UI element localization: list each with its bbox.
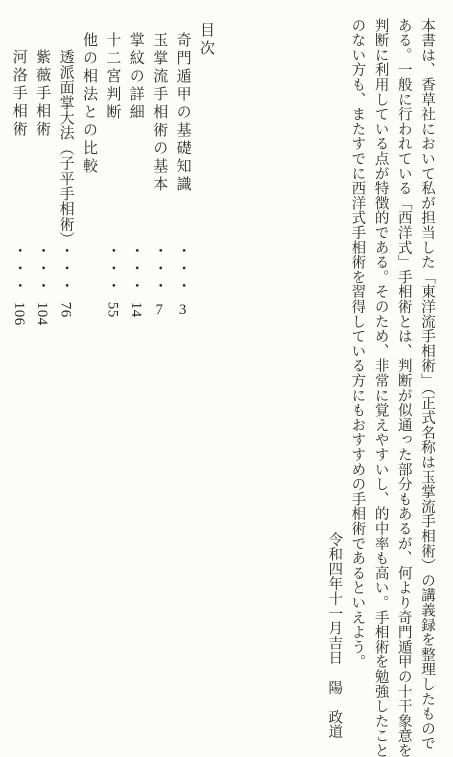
toc-leader: ・・・ 106 — [6, 243, 29, 326]
book-page: 本書は、香草社において私が担当した「東洋流手相術」（正式名称は玉掌流手相術）の講… — [0, 0, 453, 757]
toc-item-title: 他の相法との比較 — [81, 32, 97, 176]
signature-line: 令和四年十一月吉日 陽 政道 — [322, 18, 345, 757]
toc-item-title: 奇門遁甲の基礎知識 — [175, 32, 191, 194]
toc-page-number: 3 — [175, 302, 191, 319]
toc-item-title: 紫薇手相術 — [34, 49, 50, 139]
toc-item: 河洛手相術 ・・・ 106 — [6, 22, 29, 752]
toc-page-number: 76 — [58, 302, 74, 318]
toc-leader: ・・・ 3 — [170, 243, 193, 318]
toc-page-number: 106 — [11, 302, 27, 326]
toc-item-title: 玉掌流手相術の基本 — [151, 32, 167, 194]
toc-item-title: 掌紋の詳細 — [128, 32, 144, 122]
toc-page-number: 7 — [151, 302, 167, 319]
preface-line-3: 判断に利用している点が特徴的である。そのため、非常に覚えやすいし、的中率も高い。… — [368, 18, 391, 757]
toc-page-number: 55 — [104, 302, 120, 318]
toc-leader-dots: ・・・ — [11, 243, 27, 296]
preface-text: 本書は、香草社において私が担当した「東洋流手相術」（正式名称は玉掌流手相術）の講… — [322, 18, 438, 757]
toc-leader: ・・・ 7 — [147, 243, 170, 318]
toc-item: 玉掌流手相術の基本 ・・・ 7 — [147, 22, 170, 752]
toc-item: 掌紋の詳細 ・・・ 14 — [123, 22, 146, 752]
toc-leader-dots: ・・・ — [175, 243, 191, 296]
toc-item-title: 河洛手相術 — [11, 49, 27, 139]
toc-item-title: 十二宮判断 — [104, 32, 120, 122]
toc-item: 紫薇手相術 ・・・ 104 — [30, 22, 53, 752]
toc-item: 十二宮判断 ・・・ 55 — [100, 22, 123, 752]
preface-line-4: のない方も、またすでに西洋式手相術を習得している方にもおすすめの手相術であるとい… — [345, 18, 368, 757]
toc-item: 他の相法との比較 — [77, 22, 100, 752]
toc-leader-dots: ・・・ — [151, 243, 167, 296]
toc-leader-dots: ・・・ — [34, 243, 50, 296]
table-of-contents: 目次 奇門遁甲の基礎知識 ・・・ 3 玉掌流手相術の基本 ・・・ 7 掌紋の詳細… — [6, 22, 217, 752]
toc-heading: 目次 — [194, 22, 217, 752]
toc-leader: ・・・ 76 — [53, 243, 76, 318]
toc-item-title: 透派面掌大法（子平手相術） — [58, 49, 74, 247]
toc-item: 透派面掌大法（子平手相術） ・・・ 76 — [53, 22, 76, 752]
toc-leader-dots: ・・・ — [104, 243, 120, 296]
preface-line-1: 本書は、香草社において私が担当した「東洋流手相術」（正式名称は玉掌流手相術）の講… — [415, 18, 438, 757]
toc-leader: ・・・ 55 — [100, 243, 123, 318]
toc-leader: ・・・ 104 — [30, 243, 53, 326]
toc-leader-dots: ・・・ — [128, 243, 144, 296]
toc-page-number: 14 — [128, 302, 144, 318]
toc-leader: ・・・ 14 — [123, 243, 146, 318]
toc-item: 奇門遁甲の基礎知識 ・・・ 3 — [170, 22, 193, 752]
toc-page-number: 104 — [34, 302, 50, 326]
preface-line-2: ある。一般に行われている「西洋式」手相術とは、判断が似通った部分もあるが、何より… — [392, 18, 415, 757]
toc-leader-dots: ・・・ — [58, 243, 74, 296]
